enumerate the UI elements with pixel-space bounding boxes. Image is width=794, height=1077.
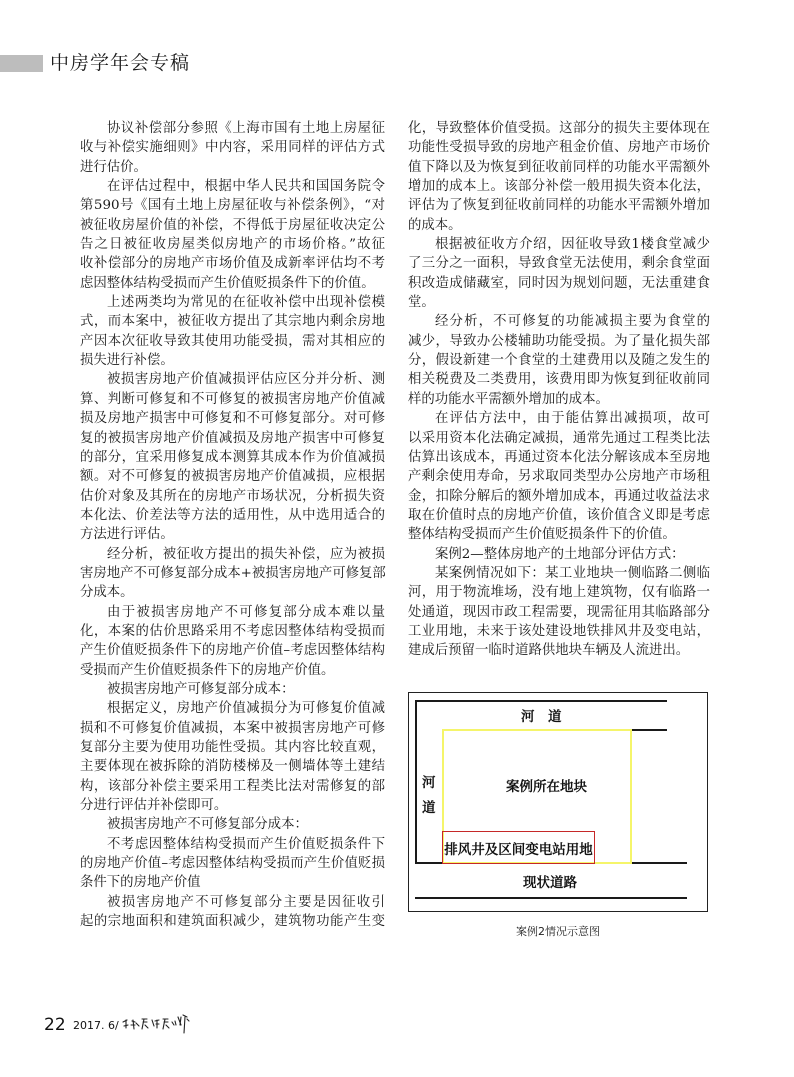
text-line: 分，假设新建一个食堂的土建费用以及随之发生的 bbox=[408, 351, 710, 370]
text-line: 的部分，宜采用修复成本测算其成本作为价值减损 bbox=[80, 448, 385, 467]
text-line: 的成本。 bbox=[408, 216, 710, 235]
text-line: 式，而本案中，被征收方提出了其宗地内剩余房地 bbox=[80, 312, 385, 331]
text-line: 虑因整体结构受损而产生价值贬损条件下的价值。 bbox=[80, 274, 385, 293]
river-top-line bbox=[415, 700, 667, 702]
text-line: 受损而产生价值贬损条件下的房地产价值。 bbox=[80, 661, 385, 680]
text-line: 金，扣除分解后的额外增加成本，再通过收益法求 bbox=[408, 487, 710, 506]
text-line: 了三分之一面积，导致食堂无法使用，剩余食堂面 bbox=[408, 254, 710, 273]
text-line: 河，用于物流堆场，没有地上建筑物，仅有临路一 bbox=[408, 583, 710, 602]
publication-logo-icon bbox=[121, 1013, 195, 1035]
text-line: 产剩余使用寿命，另求取同类型办公房地产市场租 bbox=[408, 467, 710, 486]
text-line: 根据定义，房地产价值减损分为可修复价值减 bbox=[80, 699, 385, 718]
text-line: 复部分主要为使用功能性受损。其内容比较直观， bbox=[80, 738, 385, 757]
text-line: 损和不可修复价值减损，本案中被损害房地产可修 bbox=[80, 719, 385, 738]
text-line: 本化法、价差法等方法的适用性，从中选用适合的 bbox=[80, 506, 385, 525]
case2-diagram: 排风井及区间变电站用地 河 道 河 道 案例所在地块 现状道路 bbox=[408, 692, 708, 912]
header-accent-bar bbox=[0, 55, 43, 72]
station-land-boundary: 排风井及区间变电站用地 bbox=[442, 831, 595, 864]
text-line: 以采用资本化法确定减损，通常先通过工程类比法 bbox=[408, 429, 710, 448]
text-line: 协议补偿部分参照《上海市国有土地上房屋征 bbox=[80, 119, 385, 138]
text-line: 某案例情况如下：某工业地块一侧临路二侧临 bbox=[408, 564, 710, 583]
text-line: 收与补偿实施细则》中内容，采用同样的评估方式 bbox=[80, 138, 385, 157]
text-line: 额。对不可修复的被损害房地产价值减损，应根据 bbox=[80, 467, 385, 486]
text-line: 产生价值贬损条件下的房地产价值–考虑因整体结构 bbox=[80, 641, 385, 660]
text-line: 产因本次征收导致其使用功能受损，需对其相应的 bbox=[80, 332, 385, 351]
text-line: 经分析，不可修复的功能减损主要为食堂的 bbox=[408, 312, 710, 331]
text-line: 整体结构受损而产生价值贬损条件下的价值。 bbox=[408, 525, 710, 544]
text-line: 评估为了恢复到征收前同样的功能水平需额外增加 bbox=[408, 196, 710, 215]
text-line: 损失进行补偿。 bbox=[80, 351, 385, 370]
text-line: 被征收房屋价值的补偿，不得低于房屋征收决定公 bbox=[80, 216, 385, 235]
right-column: 化，导致整体价值受损。这部分的损失主要体现在功能性受损导致的房地产租金价值、房地… bbox=[408, 119, 710, 661]
text-line: 估价对象及其所在的房地产市场状况，分析损失资 bbox=[80, 487, 385, 506]
text-line: 收补偿部分的房地产市场价值及成新率评估均不考 bbox=[80, 254, 385, 273]
text-line: 相关税费及二类费用，该费用即为恢复到征收前同 bbox=[408, 370, 710, 389]
plot-right-top-line bbox=[631, 729, 667, 731]
section-title: 中房学年会专稿 bbox=[50, 51, 190, 75]
text-line: 被损害房地产可修复部分成本： bbox=[80, 680, 385, 699]
text-line: 在评估方法中，由于能估算出减损项，故可 bbox=[408, 409, 710, 428]
text-line: 经分析，被征收方提出的损失补偿，应为被损 bbox=[80, 545, 385, 564]
text-line: 害房地产不可修复部分成本+被损害房地产可修复部 bbox=[80, 564, 385, 583]
text-line: 在评估过程中，根据中华人民共和国国务院令 bbox=[80, 177, 385, 196]
text-line: 第590号《国有土地上房屋征收与补偿条例》，“对 bbox=[80, 196, 385, 215]
text-line: 被损害房地产不可修复部分主要是因征收引 bbox=[80, 893, 385, 912]
text-line: 条件下的房地产价值 bbox=[80, 873, 385, 892]
text-line: 处通道，现因市政工程需要，现需征用其临路部分 bbox=[408, 603, 710, 622]
river-left-label-2: 道 bbox=[422, 796, 436, 816]
station-land-label: 排风井及区间变电站用地 bbox=[444, 838, 593, 858]
text-line: 案例2—整体房地产的土地部分评估方式： bbox=[408, 545, 710, 564]
road-bottom-line bbox=[415, 897, 687, 899]
text-line: 上述两类均为常见的在征收补偿中出现补偿模 bbox=[80, 293, 385, 312]
text-line: 化，导致整体价值受损。这部分的损失主要体现在 bbox=[408, 119, 710, 138]
text-line: 分成本。 bbox=[80, 583, 385, 602]
text-line: 建成后预留一临时道路供地块车辆及人流进出。 bbox=[408, 641, 710, 660]
text-line: 化，本案的估价思路采用不考虑因整体结构受损而 bbox=[80, 622, 385, 641]
text-line: 构，该部分补偿主要采用工程类比法对需修复的部 bbox=[80, 777, 385, 796]
figure-caption: 案例2情况示意图 bbox=[408, 923, 708, 939]
text-line: 的房地产价值–考虑因整体结构受损而产生价值贬损 bbox=[80, 854, 385, 873]
text-line: 损及房地产损害中可修复和不可修复部分。对可修 bbox=[80, 409, 385, 428]
text-line: 主要体现在被拆除的消防楼梯及一侧墙体等土建结 bbox=[80, 757, 385, 776]
text-line: 起的宗地面积和建筑面积减少，建筑物功能产生变 bbox=[80, 912, 385, 931]
text-line: 增加的成本上。该部分补偿一般用损失资本化法， bbox=[408, 177, 710, 196]
text-line: 被损害房地产价值减损评估应区分并分析、测 bbox=[80, 370, 385, 389]
issue-label: 2017. 6/ bbox=[73, 1019, 119, 1032]
road-label: 现状道路 bbox=[523, 871, 577, 891]
page-number: 22 bbox=[44, 1015, 66, 1035]
text-line: 样的功能水平需额外增加的成本。 bbox=[408, 390, 710, 409]
text-line: 积改造成储藏室，同时因为规划问题，无法重建食 bbox=[408, 274, 710, 293]
river-left-label-1: 河 bbox=[422, 771, 436, 791]
river-left-line bbox=[415, 700, 417, 863]
text-line: 方法进行评估。 bbox=[80, 525, 385, 544]
text-line: 进行估价。 bbox=[80, 158, 385, 177]
left-column: 协议补偿部分参照《上海市国有土地上房屋征收与补偿实施细则》中内容，采用同样的评估… bbox=[80, 119, 385, 931]
text-line: 根据被征收方介绍，因征收导致1楼食堂减少 bbox=[408, 235, 710, 254]
text-line: 值下降以及为恢复到征收前同样的功能水平需额外 bbox=[408, 158, 710, 177]
text-line: 功能性受损导致的房地产租金价值、房地产市场价 bbox=[408, 138, 710, 157]
text-line: 不考虑因整体结构受损而产生价值贬损条件下 bbox=[80, 835, 385, 854]
text-line: 减少，导致办公楼辅助功能受损。为了量化损失部 bbox=[408, 332, 710, 351]
text-line: 估算出该成本，再通过资本化法分解该成本至房地 bbox=[408, 448, 710, 467]
text-line: 算、判断可修复和不可修复的被损害房地产价值减 bbox=[80, 390, 385, 409]
text-line: 被损害房地产不可修复部分成本： bbox=[80, 815, 385, 834]
river-top-label: 河 道 bbox=[521, 705, 562, 725]
text-line: 堂。 bbox=[408, 293, 710, 312]
text-line: 取在价值时点的房地产价值，该价值含义即是考虑 bbox=[408, 506, 710, 525]
text-line: 分进行评估并补偿即可。 bbox=[80, 796, 385, 815]
plot-label: 案例所在地块 bbox=[506, 775, 587, 795]
text-line: 告之日被征收房屋类似房地产的市场价格。”故征 bbox=[80, 235, 385, 254]
text-line: 工业用地，未来于该处建设地铁排风井及变电站， bbox=[408, 622, 710, 641]
text-line: 由于被损害房地产不可修复部分成本难以量 bbox=[80, 603, 385, 622]
text-line: 复的被损害房地产价值减损及房地产损害中可修复 bbox=[80, 429, 385, 448]
